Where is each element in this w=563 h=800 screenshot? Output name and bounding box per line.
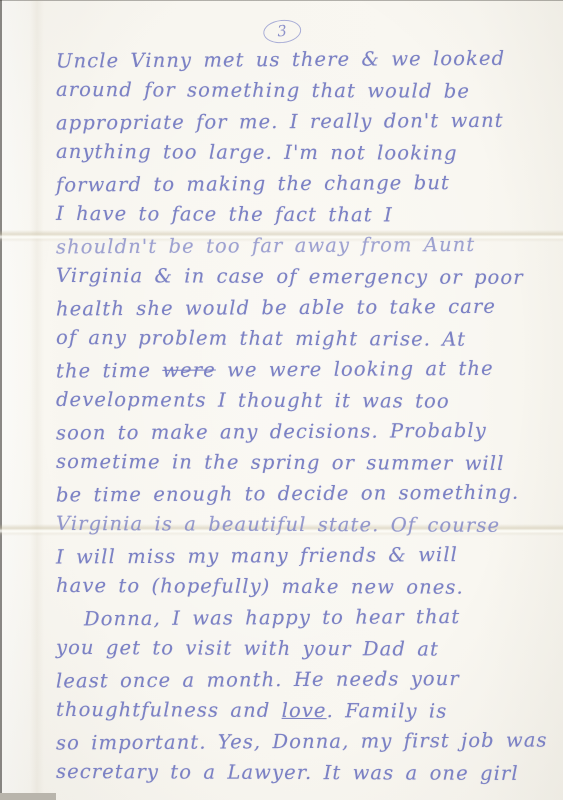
letter-text: secretary to a Lawyer. It was a one girl xyxy=(56,760,519,785)
letter-text: least once a month. He needs your xyxy=(56,667,460,692)
letter-text: I will miss my many friends & will xyxy=(56,543,458,568)
letter-line: I will miss my many friends & will xyxy=(56,539,547,573)
letter-text: appropriate for me. I really don't want xyxy=(56,109,504,135)
letter-line: Uncle Vinny met us there & we looked xyxy=(56,43,547,77)
letter-text: . Family is xyxy=(327,699,448,723)
letter-text: have to (hopefully) make new ones. xyxy=(56,574,464,599)
letter-text: of any problem that might arise. At xyxy=(56,326,466,351)
letter-line: developments I thought it was too xyxy=(56,384,547,417)
letter-line: I have to face the fact that I xyxy=(56,198,547,231)
scan-edge-top xyxy=(0,0,563,1)
letter-line: Virginia is a beautiful state. Of course xyxy=(56,508,547,541)
letter-line: least once a month. He needs your xyxy=(56,663,547,697)
letter-text: so important. Yes, Donna, my first job w… xyxy=(56,728,548,754)
letter-text: around for something that would be xyxy=(56,78,470,103)
letter-line: shouldn't be too far away from Aunt xyxy=(56,229,547,263)
letter-line: be time enough to decide on something. xyxy=(56,477,547,511)
letter-text: we were looking at the xyxy=(216,357,494,382)
letter-text-strike: were xyxy=(162,359,216,382)
letter-line: have to (hopefully) make new ones. xyxy=(56,570,547,603)
letter-line: around for something that would be xyxy=(56,74,547,107)
letter-line: forward to making the change but xyxy=(56,167,547,201)
letter-line: thoughtfulness and love. Family is xyxy=(56,694,547,727)
letter-text-underline: love xyxy=(282,699,327,722)
letter-text: Virginia & in case of emergency or poor xyxy=(56,264,524,289)
letter-line: sometime in the spring or summer will xyxy=(56,446,547,479)
letter-text: Uncle Vinny met us there & we looked xyxy=(56,47,505,73)
letter-line: soon to make any decisions. Probably xyxy=(56,415,547,449)
letter-text: sometime in the spring or summer will xyxy=(56,450,505,475)
letter-text: thoughtfulness and xyxy=(56,698,282,722)
letter-line: of any problem that might arise. At xyxy=(56,322,547,355)
letter-text: the time xyxy=(56,359,162,383)
letter-text: forward to making the change but xyxy=(56,171,450,196)
letter-text: anything too large. I'm not looking xyxy=(56,140,458,165)
letter-text: shouldn't be too far away from Aunt xyxy=(56,233,475,259)
letter-line: Virginia & in case of emergency or poor xyxy=(56,260,547,293)
letter-text: health she would be able to take care xyxy=(56,295,496,321)
paper-left-shading xyxy=(30,0,44,800)
letter-line: so important. Yes, Donna, my first job w… xyxy=(56,725,547,759)
letter-line: appropriate for me. I really don't want xyxy=(56,105,547,139)
letter-text: be time enough to decide on something. xyxy=(56,481,519,507)
letter-line: health she would be able to take care xyxy=(56,291,547,325)
letter-text: Virginia is a beautiful state. Of course xyxy=(56,512,500,537)
letter-line: secretary to a Lawyer. It was a one girl xyxy=(56,756,547,789)
letter-text: Donna, I was happy to hear that xyxy=(84,605,460,630)
letter-text: developments I thought it was too xyxy=(56,388,450,413)
letter-text: soon to make any decisions. Probably xyxy=(56,419,487,445)
circled-page-number: 3 xyxy=(262,18,302,45)
letter-line: the time were we were looking at the xyxy=(56,353,547,387)
letter-lines: Uncle Vinny met us there & we lookedarou… xyxy=(56,44,547,788)
letter-text: I have to face the fact that I xyxy=(56,202,393,226)
page-number: 3 xyxy=(276,22,287,41)
scan-edge-left xyxy=(0,0,2,800)
letter-line: anything too large. I'm not looking xyxy=(56,136,547,169)
letter-text: you get to visit with your Dad at xyxy=(56,636,439,661)
scanned-letter-page: 3 Uncle Vinny met us there & we lookedar… xyxy=(0,0,563,800)
scan-corner-shadow xyxy=(0,793,56,800)
letter-line: Donna, I was happy to hear that xyxy=(56,601,547,635)
letter-line: you get to visit with your Dad at xyxy=(56,632,547,665)
